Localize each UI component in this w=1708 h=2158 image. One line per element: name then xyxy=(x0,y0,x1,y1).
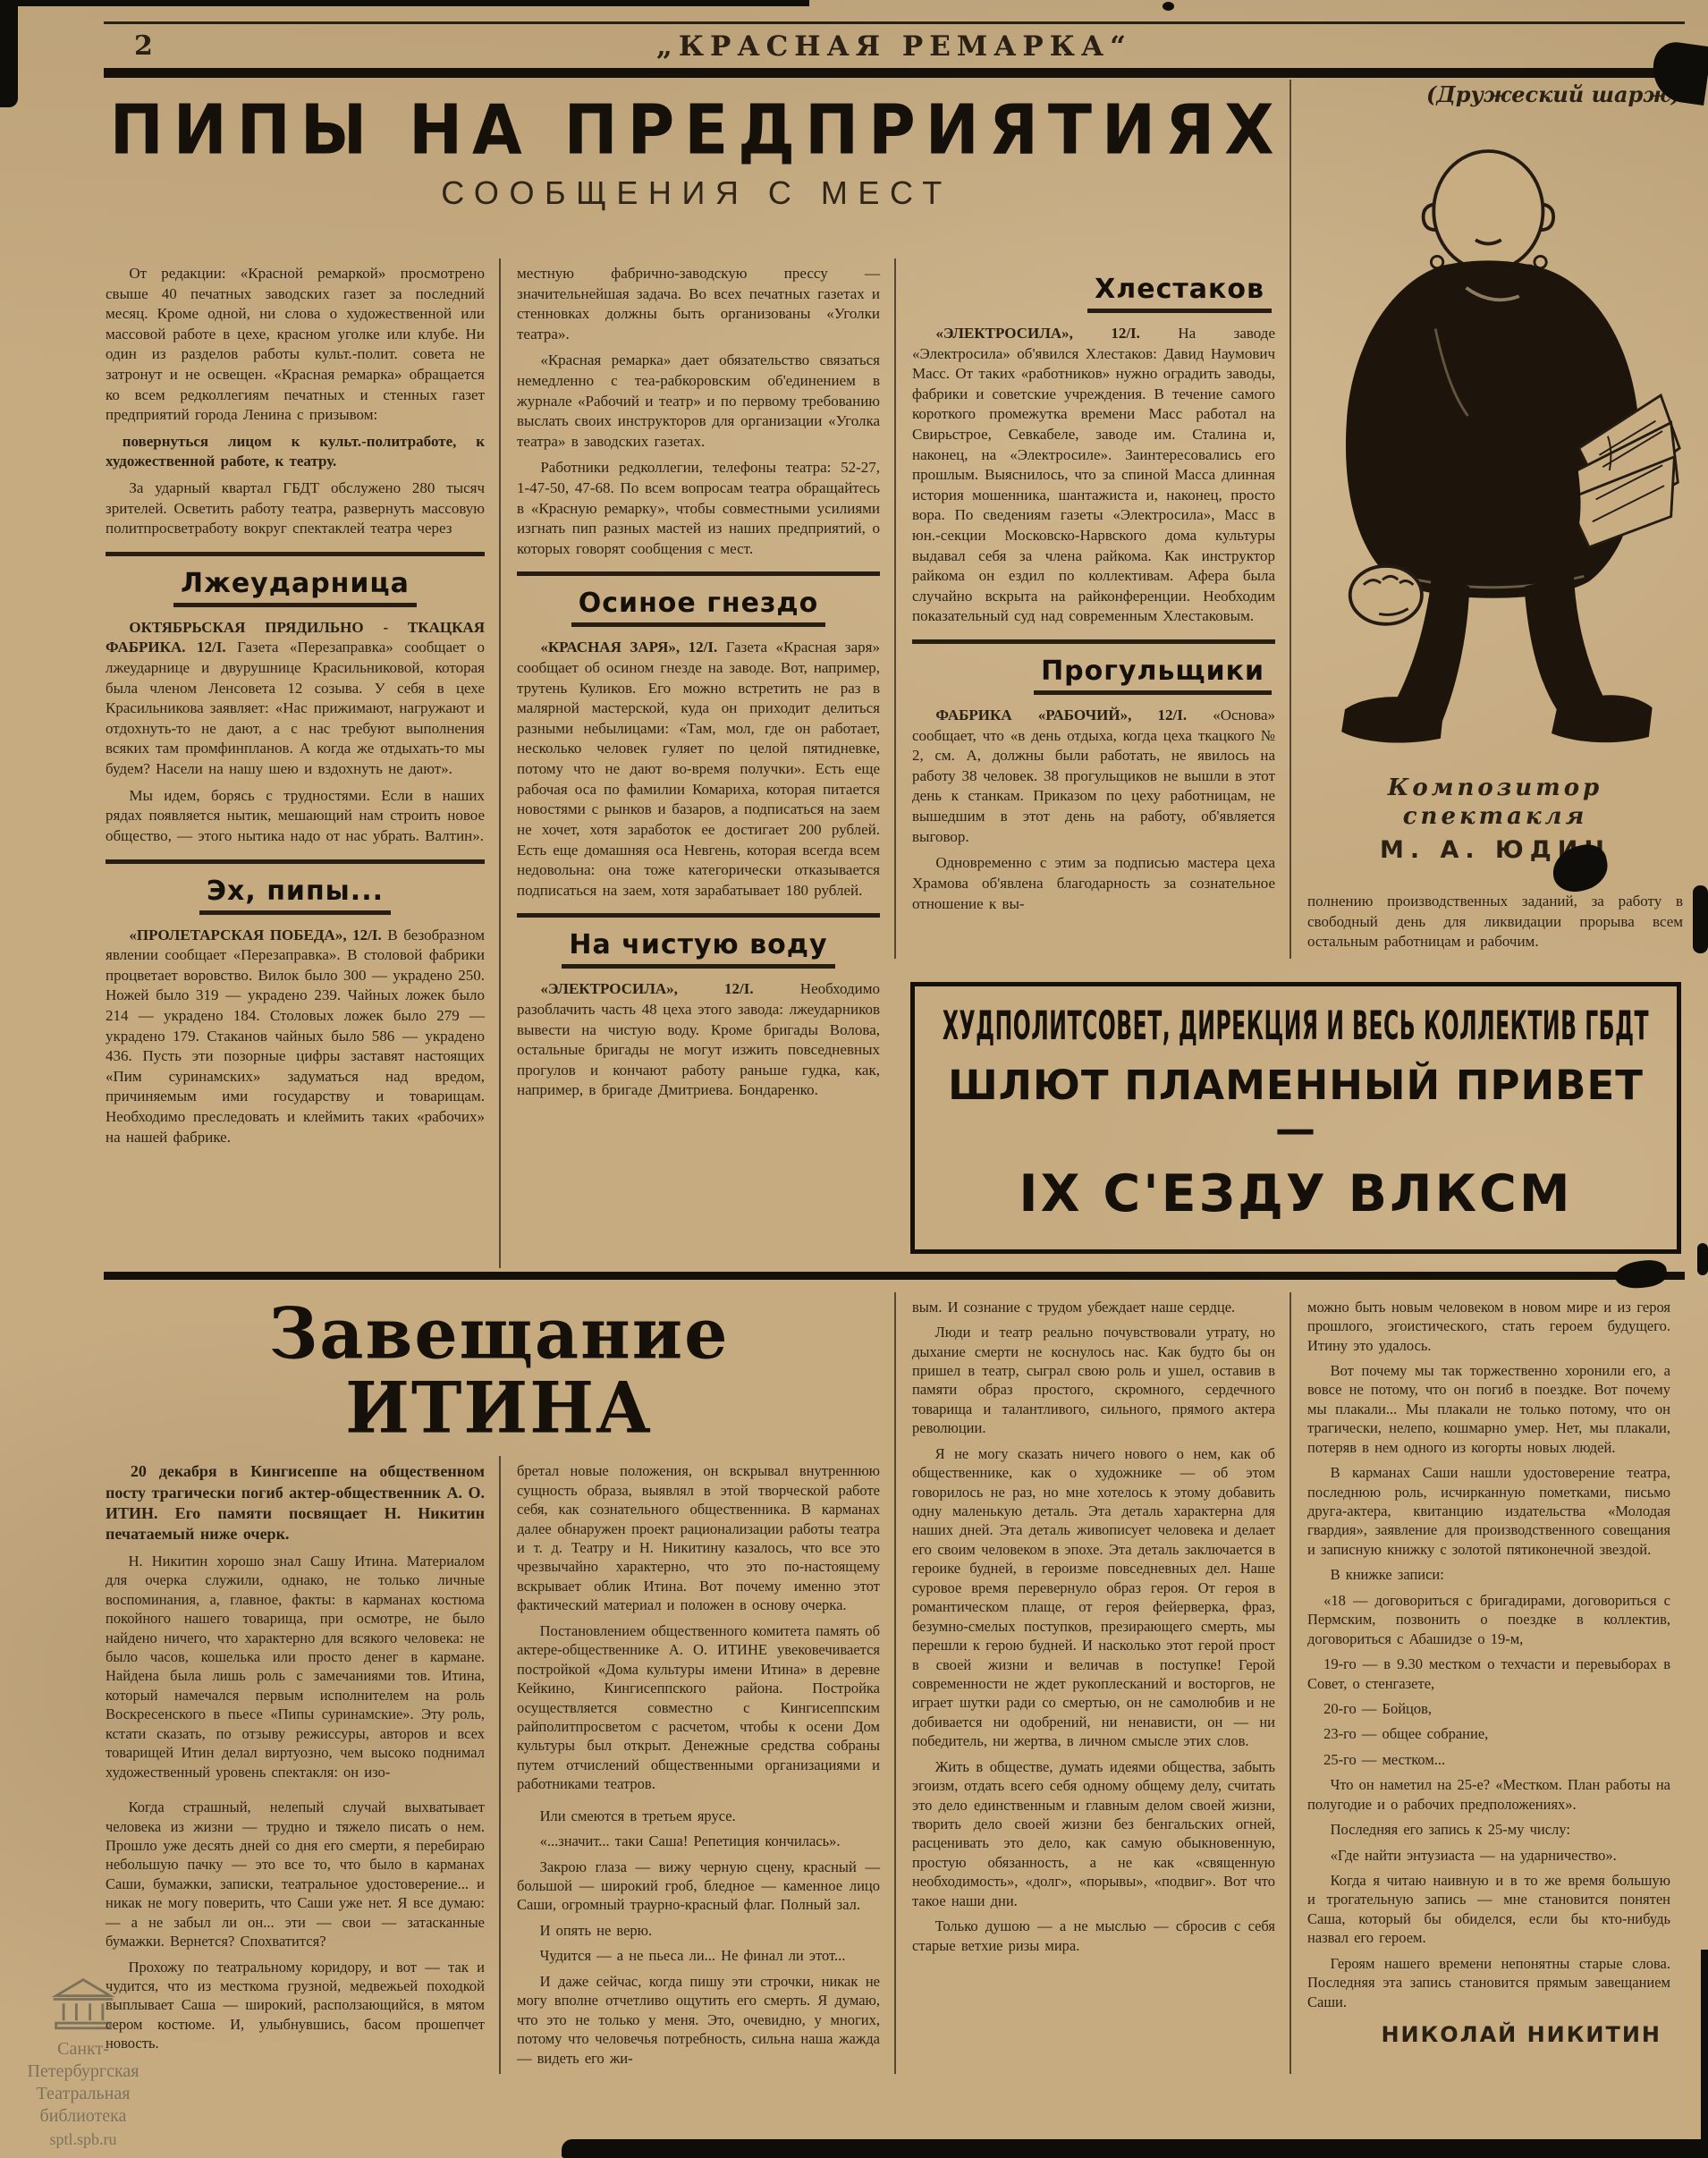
paragraph: Чудится — а не пьеса ли... Не финал ли э… xyxy=(517,1946,880,1965)
paragraph: «...значит... таки Саша! Репетиция кончи… xyxy=(517,1832,880,1850)
paragraph: И даже сейчас, когда пишу эти строчки, н… xyxy=(517,1972,880,2068)
notebook-entry: 25-го — местком... xyxy=(1307,1750,1670,1769)
paragraph: В книжке записи: xyxy=(1307,1565,1670,1584)
article-lead: ФАБРИКА «РАБОЧИЙ», 12/I. xyxy=(935,707,1187,724)
itin-headline: Завещание ИТИНА xyxy=(104,1296,894,1444)
cartoon-caption-role: Композитор спектакля xyxy=(1307,774,1683,830)
paragraph-text: В безобразном явлении сообщает «Перезапр… xyxy=(106,927,485,1146)
ink-spot xyxy=(1163,2,1174,11)
paragraph: Н. Никитин хорошо знал Сашу Итина. Матер… xyxy=(106,1552,485,1781)
paragraph: Постановлением общественного комитета па… xyxy=(517,1621,880,1794)
article-eh-pipy: Эх, пипы... «ПРОЛЕТАРСКАЯ ПОБЕДА», 12/I.… xyxy=(106,859,485,1148)
newspaper-page-scan: 2 „КРАСНАЯ РЕМАРКА“ ПИПЫ НА ПРЕДПРИЯТИЯХ… xyxy=(0,0,1708,2158)
article-lzheudarnitsa: Лжеударница ОКТЯБРЬСКАЯ ПРЯДИЛЬНО - ТКАЦ… xyxy=(106,552,485,847)
paragraph: ОКТЯБРЬСКАЯ ПРЯДИЛЬНО - ТКАЦКАЯ ФАБРИКА.… xyxy=(106,618,485,780)
author-signature: НИКОЛАЙ НИКИТИН xyxy=(1307,2022,1670,2048)
watermark-line: Санкт-Петербургская xyxy=(7,2038,159,2083)
paragraph-text: Газета «Перезаправка» сообщает о лжеудар… xyxy=(106,639,485,777)
article-lead: «ПРОЛЕТАРСКАЯ ПОБЕДА», 12/I. xyxy=(129,927,381,944)
paragraph: Последняя его запись к 25-му числу: xyxy=(1307,1820,1670,1839)
scan-corner-artifact xyxy=(0,0,18,107)
paragraph: Прохожу по театральному коридору, и вот … xyxy=(106,1958,485,2053)
article-osinoe-gnezdo: Осиное гнездо «КРАСНАЯ ЗАРЯ», 12/I. Газе… xyxy=(517,571,880,901)
cartoon-caption-name: М. А. ЮДИН xyxy=(1307,836,1683,865)
composer-caricature-figure xyxy=(1307,114,1683,771)
paragraph: ФАБРИКА «РАБОЧИЙ», 12/I. «Основа» сообща… xyxy=(912,706,1275,847)
paragraph: Когда страшный, нелепый случай выхватыва… xyxy=(106,1798,485,1951)
paragraph: Жить в обществе, думать идеями общества,… xyxy=(912,1757,1275,1911)
library-watermark: Санкт-Петербургская Театральная библиоте… xyxy=(7,1974,159,2149)
editorial-continuation: местную фабрично-заводскую прессу — знач… xyxy=(517,264,880,560)
lead-section: ПИПЫ НА ПРЕДПРИЯТИЯХ СООБЩЕНИЯ С МЕСТ От… xyxy=(104,80,1685,1268)
paragraph: Что он наметил на 25-е? «Местком. План р… xyxy=(1307,1775,1670,1814)
progulshchiki-continuation: полнению производственных заданий, за ра… xyxy=(1307,892,1683,952)
watermark-url: sptl.spb.ru xyxy=(7,2129,159,2150)
lead-headline-block: ПИПЫ НА ПРЕДПРИЯТИЯХ СООБЩЕНИЯ С МЕСТ xyxy=(104,80,1289,258)
column-3: Хлестаков «ЭЛЕКТРОСИЛА», 12/I. На заводе… xyxy=(894,258,1289,959)
paragraph: Я не могу сказать ничего нового о нем, к… xyxy=(912,1444,1275,1751)
main-subhead: СООБЩЕНИЯ С МЕСТ xyxy=(104,175,1289,211)
article-lead: «КРАСНАЯ ЗАРЯ», 12/I. xyxy=(540,639,717,656)
itin-column-b: бретал новые положения, он вскрывал внут… xyxy=(499,1456,894,2074)
paragraph: местную фабрично-заводскую прессу — знач… xyxy=(517,264,880,344)
ink-spot xyxy=(1693,885,1708,953)
article-lead: «ЭЛЕКТРОСИЛА», 12/I. xyxy=(935,325,1140,342)
scan-edge-artifact xyxy=(1701,1950,1708,2158)
paragraph: За ударный квартал ГБДТ обслужено 280 ты… xyxy=(106,478,485,539)
article-title: Осиное гнездо xyxy=(571,587,825,627)
library-building-icon xyxy=(49,1974,117,2034)
paragraph: Только душою — а не мыслью — сбросив с с… xyxy=(912,1917,1275,1955)
paragraph: Закрою глаза — вижу черную сцену, красны… xyxy=(517,1858,880,1915)
masthead: 2 „КРАСНАЯ РЕМАРКА“ xyxy=(104,21,1685,78)
paragraph: И опять не верю. xyxy=(517,1921,880,1940)
watermark-line: библиотека xyxy=(7,2105,159,2128)
paragraph: Мы идем, борясь с трудностями. Если в на… xyxy=(106,786,485,847)
article-title: Лжеударница xyxy=(173,567,417,607)
paragraph-text: Необходимо разоблачить часть 48 цеха это… xyxy=(517,980,880,1098)
itin-column-a: 20 декабря в Кингисеппе на общественном … xyxy=(104,1456,499,2074)
paragraph: повернуться лицом к культ.-политработе, … xyxy=(106,432,485,472)
article-lead: «ЭЛЕКТРОСИЛА», 12/I. xyxy=(540,980,753,997)
paragraph: «ЭЛЕКТРОСИЛА», 12/I. Необходимо разоблач… xyxy=(517,979,880,1101)
paragraph-text: Газета «Красная заря» сообщает об осином… xyxy=(517,639,880,898)
paragraph: Одновременно с этим за подписью мастера … xyxy=(912,853,1275,914)
page-number: 2 xyxy=(134,33,153,60)
paragraph: В карманах Саши нашли удостоверение теат… xyxy=(1307,1463,1670,1559)
article-title: На чистую воду xyxy=(562,928,834,969)
page-content: 2 „КРАСНАЯ РЕМАРКА“ ПИПЫ НА ПРЕДПРИЯТИЯХ… xyxy=(0,0,1708,2074)
paragraph: «ПРОЛЕТАРСКАЯ ПОБЕДА», 12/I. В безобразн… xyxy=(106,926,485,1148)
itin-section: Завещание ИТИНА 20 декабря в Кингисеппе … xyxy=(104,1272,1685,2074)
article-title: Эх, пипы... xyxy=(199,875,391,915)
itin-column-d: можно быть новым человеком в новом мире … xyxy=(1289,1292,1685,2074)
watermark-line: Театральная xyxy=(7,2083,159,2105)
paragraph: 20 декабря в Кингисеппе на общественном … xyxy=(106,1461,485,1545)
editorial-article: От редакции: «Красной ремаркой» просмотр… xyxy=(106,264,485,539)
paragraph: «КРАСНАЯ ЗАРЯ», 12/I. Газета «Красная за… xyxy=(517,638,880,901)
paragraph: «Где найти энтузиаста — на ударничество»… xyxy=(1307,1846,1670,1865)
ink-spot xyxy=(1697,1243,1708,1275)
paragraph: От редакции: «Красной ремаркой» просмотр… xyxy=(106,264,485,426)
paragraph: вым. И сознание с трудом убеждает наше с… xyxy=(912,1298,1275,1316)
paragraph: «ЭЛЕКТРОСИЛА», 12/I. На заводе «Электрос… xyxy=(912,324,1275,627)
paragraph: Люди и театр реально почувствовали утрат… xyxy=(912,1323,1275,1438)
paragraph: Героям нашего времени непонятны старые с… xyxy=(1307,1954,1670,2011)
itin-intro: 20 декабря в Кингисеппе на общественном … xyxy=(106,1461,485,1545)
masthead-bottom-rule xyxy=(104,68,1685,78)
newspaper-title: „КРАСНАЯ РЕМАРКА“ xyxy=(104,33,1685,61)
scan-edge-artifact xyxy=(0,0,809,6)
notebook-entry: 20-го — Бойцов, xyxy=(1307,1699,1670,1718)
paragraph: Или смеются в третьем ярусе. xyxy=(517,1807,880,1825)
article-progulshchiki: Прогульщики ФАБРИКА «РАБОЧИЙ», 12/I. «Ос… xyxy=(912,639,1275,914)
paragraph: Вот почему мы так торжественно хоронили … xyxy=(1307,1361,1670,1457)
cartoon-corner-note: (Дружеский шарж) xyxy=(1307,83,1681,106)
banner-line-1: ХУДПОЛИТСОВЕТ, ДИРЕКЦИЯ И ВЕСЬ КОЛЛЕКТИВ… xyxy=(934,1006,1657,1089)
column-1: От редакции: «Красной ремаркой» просмотр… xyxy=(104,258,499,1268)
column-2: местную фабрично-заводскую прессу — знач… xyxy=(499,258,894,1268)
paragraph: полнению производственных заданий, за ра… xyxy=(1307,892,1683,952)
article-title: Хлестаков xyxy=(1087,273,1272,313)
paragraph: «Красная ремарка» дает обязательство свя… xyxy=(517,351,880,452)
banner-line-3: IX С'ЕЗДУ ВЛКСМ xyxy=(927,1166,1664,1223)
notebook-entry: «18 — договориться с бригадирами, догово… xyxy=(1307,1591,1670,1648)
paragraph: Работники редколлегии, телефоны театра: … xyxy=(517,458,880,559)
paragraph: бретал новые положения, он вскрывал внут… xyxy=(517,1461,880,1615)
paragraph: можно быть новым человеком в новом мире … xyxy=(1307,1298,1670,1355)
scan-edge-artifact xyxy=(562,2139,1708,2158)
paragraph-text: На заводе «Электросила» об'явился Хлеста… xyxy=(912,325,1275,625)
article-na-chistuyu-vodu: На чистую воду «ЭЛЕКТРОСИЛА», 12/I. Необ… xyxy=(517,913,880,1101)
notebook-entry: 19-го — в 9.30 местком о техчасти и пере… xyxy=(1307,1654,1670,1693)
article-khlestakov: Хлестаков «ЭЛЕКТРОСИЛА», 12/I. На заводе… xyxy=(912,273,1275,627)
cartoon-column: (Дружеский шарж) xyxy=(1289,80,1685,959)
itin-column-c: вым. И сознание с трудом убеждает наше с… xyxy=(894,1292,1289,2074)
article-title: Прогульщики xyxy=(1034,655,1272,695)
notebook-entry: 23-го — общее собрание, xyxy=(1307,1724,1670,1743)
paragraph: Когда я читаю наивную и в то же время бо… xyxy=(1307,1871,1670,1948)
paragraph-text: «Основа» сообщает, что «в день отдыха, к… xyxy=(912,707,1275,845)
main-headline: ПИПЫ НА ПРЕДПРИЯТИЯХ xyxy=(104,96,1289,165)
greeting-banner: ХУДПОЛИТСОВЕТ, ДИРЕКЦИЯ И ВЕСЬ КОЛЛЕКТИВ… xyxy=(910,982,1681,1254)
